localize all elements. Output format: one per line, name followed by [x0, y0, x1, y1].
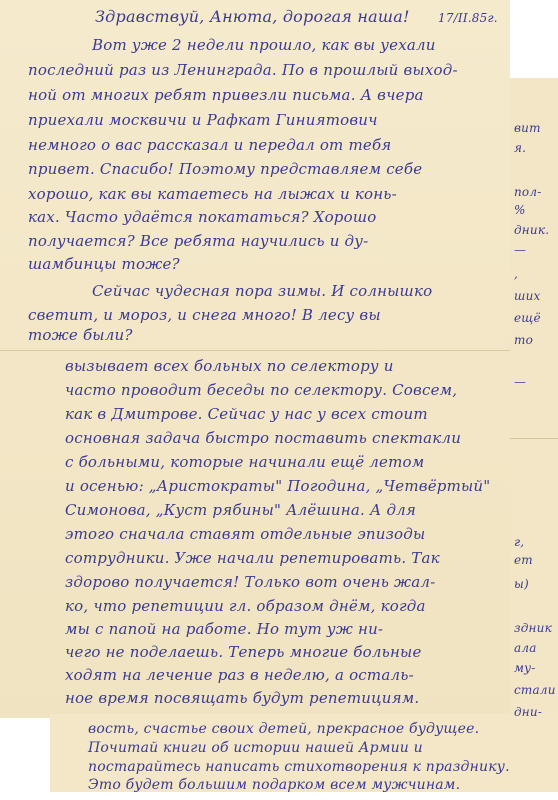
letter-line: здорово получается! Только вот очень жал… [65, 570, 435, 596]
underlying-page-fold-line [510, 438, 558, 439]
letter-date: 17/II.85г. [438, 6, 498, 32]
underlying-fragment: ы) [514, 572, 529, 598]
letter-line: этого сначала ставят отдельные эпизоды [65, 522, 425, 548]
letter-line: вызывает всех больных по селектору и [65, 354, 394, 380]
letter-line: ное время посвящать будут репетициям. [65, 686, 419, 712]
letter-line: хорошо, как вы катаетесь на лыжах и конь… [28, 182, 397, 208]
letter-line: ко, что репетиции гл. образом днём, когд… [65, 594, 426, 620]
letter-greeting: Здравствуй, Анюта, дорогая наша! [95, 4, 410, 30]
letter-line: сотрудники. Уже начали репетировать. Так [65, 546, 440, 572]
letter-line: часто проводит беседы по селектору. Совс… [65, 378, 457, 404]
letter-line: вость, счастье своих детей, прекрасное б… [88, 720, 479, 739]
underlying-fragment: ет [514, 548, 533, 574]
letter-line: основная задача быстро поставить спектак… [65, 426, 461, 452]
letter-line: Это будет большим подарком всем мужчинам… [88, 776, 460, 795]
letter-line: ходят на лечение раз в неделю, а осталь- [65, 663, 414, 689]
letter-line: чего не поделаешь. Теперь многие больные [65, 640, 422, 666]
letter-line: мы с папой на работе. Но тут уж ни- [65, 617, 383, 643]
letter-line: приехали москвичи и Рафкат Гиниятович [28, 108, 378, 134]
underlying-fragment: — [514, 238, 526, 264]
letter-line: Сейчас чудесная пора зимы. И солнышко [92, 279, 432, 305]
letter-line: последний раз из Ленинграда. По в прошлы… [28, 58, 458, 84]
letter-line: тоже были? [28, 323, 133, 349]
letter-line: с больными, которые начинали ещё летом [65, 450, 424, 476]
letter-line: ках. Часто удаётся покататься? Хорошо [28, 205, 376, 231]
letter-line: и осенью: „Аристократы" Погодина, „Четвё… [65, 474, 490, 500]
underlying-fragment: дни- [514, 700, 542, 726]
letter-line: Вот уже 2 недели прошло, как вы уехали [92, 33, 436, 59]
letter-line: немного о вас рассказал и передал от теб… [28, 133, 391, 159]
letter-line: Почитай книги об истории нашей Армии и [88, 739, 423, 758]
underlying-fragment: я. [514, 136, 526, 162]
letter-line: как в Дмитрове. Сейчас у нас у всех стои… [65, 402, 428, 428]
underlying-fragment: — [514, 370, 526, 396]
letter-line: постарайтесь написать стихотворения к пр… [88, 758, 510, 777]
letter-line: Симонова, „Куст рябины" Алёшина. А для [65, 498, 416, 524]
page-fold-line [0, 350, 510, 351]
letter-line: получается? Все ребята научились и ду- [28, 229, 368, 255]
letter-line: ной от многих ребят привезли письма. А в… [28, 83, 424, 109]
underlying-fragment: то [514, 328, 533, 354]
letter-line: шамбинцы тоже? [28, 252, 180, 278]
letter-line: привет. Спасибо! Поэтому представляем се… [28, 157, 422, 183]
